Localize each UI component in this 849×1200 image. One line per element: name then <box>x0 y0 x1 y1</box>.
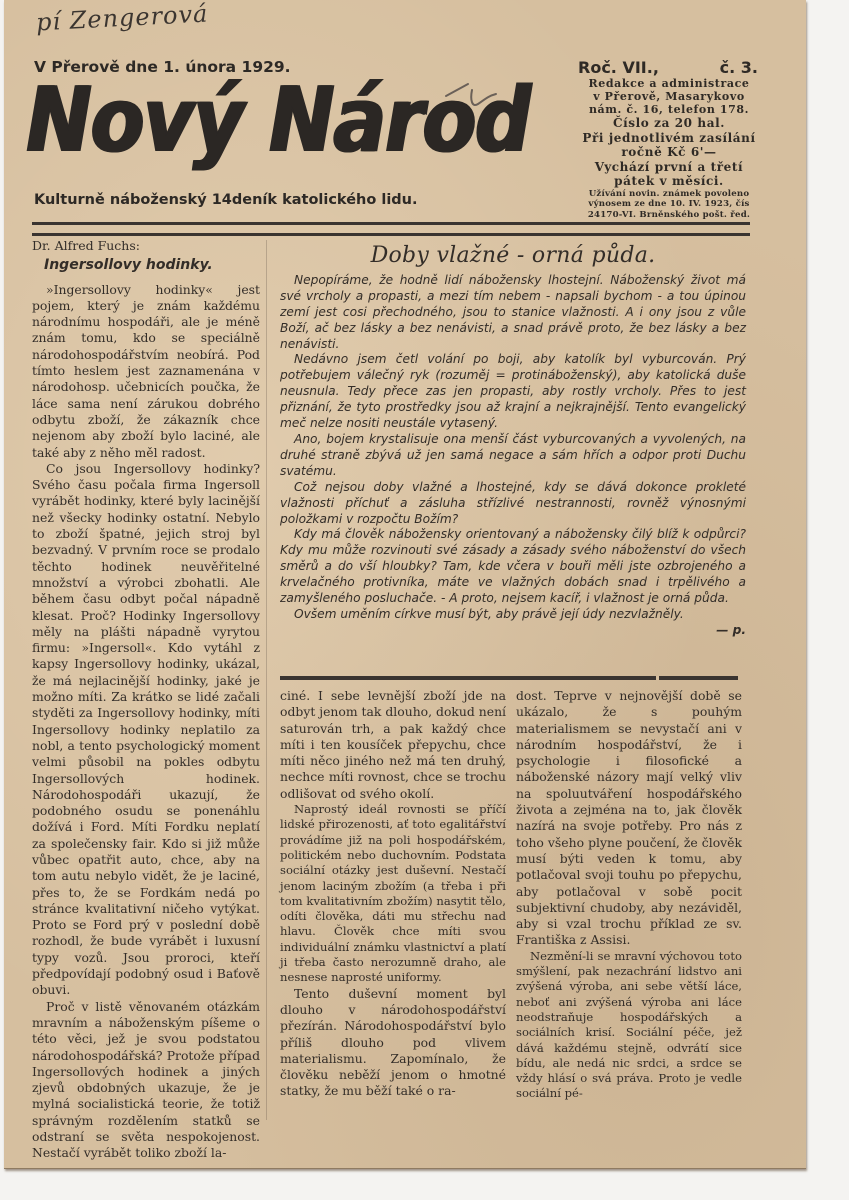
feature-title: Doby vlažné - orná půda. <box>280 248 746 264</box>
feature-paragraph: Nedávno jsem četl volání po boji, aby ka… <box>280 352 746 432</box>
masthead-subtitle: Kulturně náboženský 14deník katolického … <box>34 192 418 208</box>
newspaper-page: pí Zengerová V Přerově dne 1. února 1929… <box>4 0 806 1169</box>
issue-number: č. 3. <box>720 58 758 77</box>
issue-price: Číslo za 20 hal. <box>574 116 764 131</box>
subscription-line: Při jednotlivém zasílání <box>574 131 764 146</box>
feature-paragraph: Kdy má člověk nábožensky orientovaný a n… <box>280 527 746 607</box>
article-paragraph: Co jsou Ingersollovy hodinky? Svého času… <box>32 461 260 999</box>
continuation-paragraph: dost. Teprve v nejnovější době se ukázal… <box>516 688 742 949</box>
editorial-address-line: Redakce a administrace <box>574 77 764 90</box>
article-doby-vlazne: Doby vlažné - orná půda. Nepopíráme, že … <box>280 248 746 639</box>
feature-paragraph: Nepopíráme, že hodně lidí nábožensky lho… <box>280 273 746 353</box>
postal-note: Užívání novin. známek povoleno <box>574 189 764 200</box>
column-divider <box>266 240 267 1120</box>
article-paragraph: Proč v listě věnovaném otázkám mravním a… <box>32 999 260 1162</box>
continuation-paragraph: ciné. I sebe levnější zboží jde na odbyt… <box>280 688 506 802</box>
feature-paragraph: Což nejsou doby vlažné a lhostejné, kdy … <box>280 480 746 528</box>
masthead-title: Nový Národ <box>26 76 530 166</box>
volume-issue: Roč. VII., č. 3. <box>574 58 764 77</box>
article-ingersoll: Dr. Alfred Fuchs: Ingersollovy hodinky. … <box>32 238 260 1162</box>
continuation-paragraph: Nezmění-li se mravní výchovou toto smýšl… <box>516 949 742 1102</box>
feature-signature: — p. <box>280 623 746 639</box>
continuation-paragraph: Naprostý ideál rovnosti se příčí lidské … <box>280 802 506 986</box>
publication-info-box: Roč. VII., č. 3. Redakce a administrace … <box>574 58 764 220</box>
schedule-line: pátek v měsíci. <box>574 174 764 189</box>
section-divider <box>280 676 738 680</box>
volume-number: Roč. VII., <box>578 58 659 77</box>
feature-paragraph: Ano, bojem krystalisuje ona menší část v… <box>280 432 746 480</box>
article-paragraph: »Ingersollovy hodinky« jest pojem, který… <box>32 282 260 461</box>
schedule-line: Vychází první a třetí <box>574 160 764 175</box>
continuation-column-1: ciné. I sebe levnější zboží jde na odbyt… <box>280 688 506 1100</box>
article-title: Ingersollovy hodinky. <box>44 257 260 273</box>
article-author: Dr. Alfred Fuchs: <box>32 238 260 254</box>
continuation-column-2: dost. Teprve v nejnovější době se ukázal… <box>516 688 742 1102</box>
postal-note: 24170-VI. Brněnského pošt. řed. <box>574 210 764 221</box>
subscription-line: ročně Kč 6'— <box>574 145 764 160</box>
feature-paragraph: Ovšem uměním církve musí být, aby právě … <box>280 607 746 623</box>
handwritten-note: pí Zengerová <box>35 0 209 36</box>
continuation-paragraph: Tento duševní moment byl dlouho v národo… <box>280 986 506 1100</box>
header-divider <box>32 222 750 236</box>
postal-note: výnosem ze dne 10. IV. 1923, čís <box>574 199 764 210</box>
editorial-address-line: v Přerově, Masarykovo <box>574 90 764 103</box>
editorial-address-line: nám. č. 16, telefon 178. <box>574 103 764 116</box>
